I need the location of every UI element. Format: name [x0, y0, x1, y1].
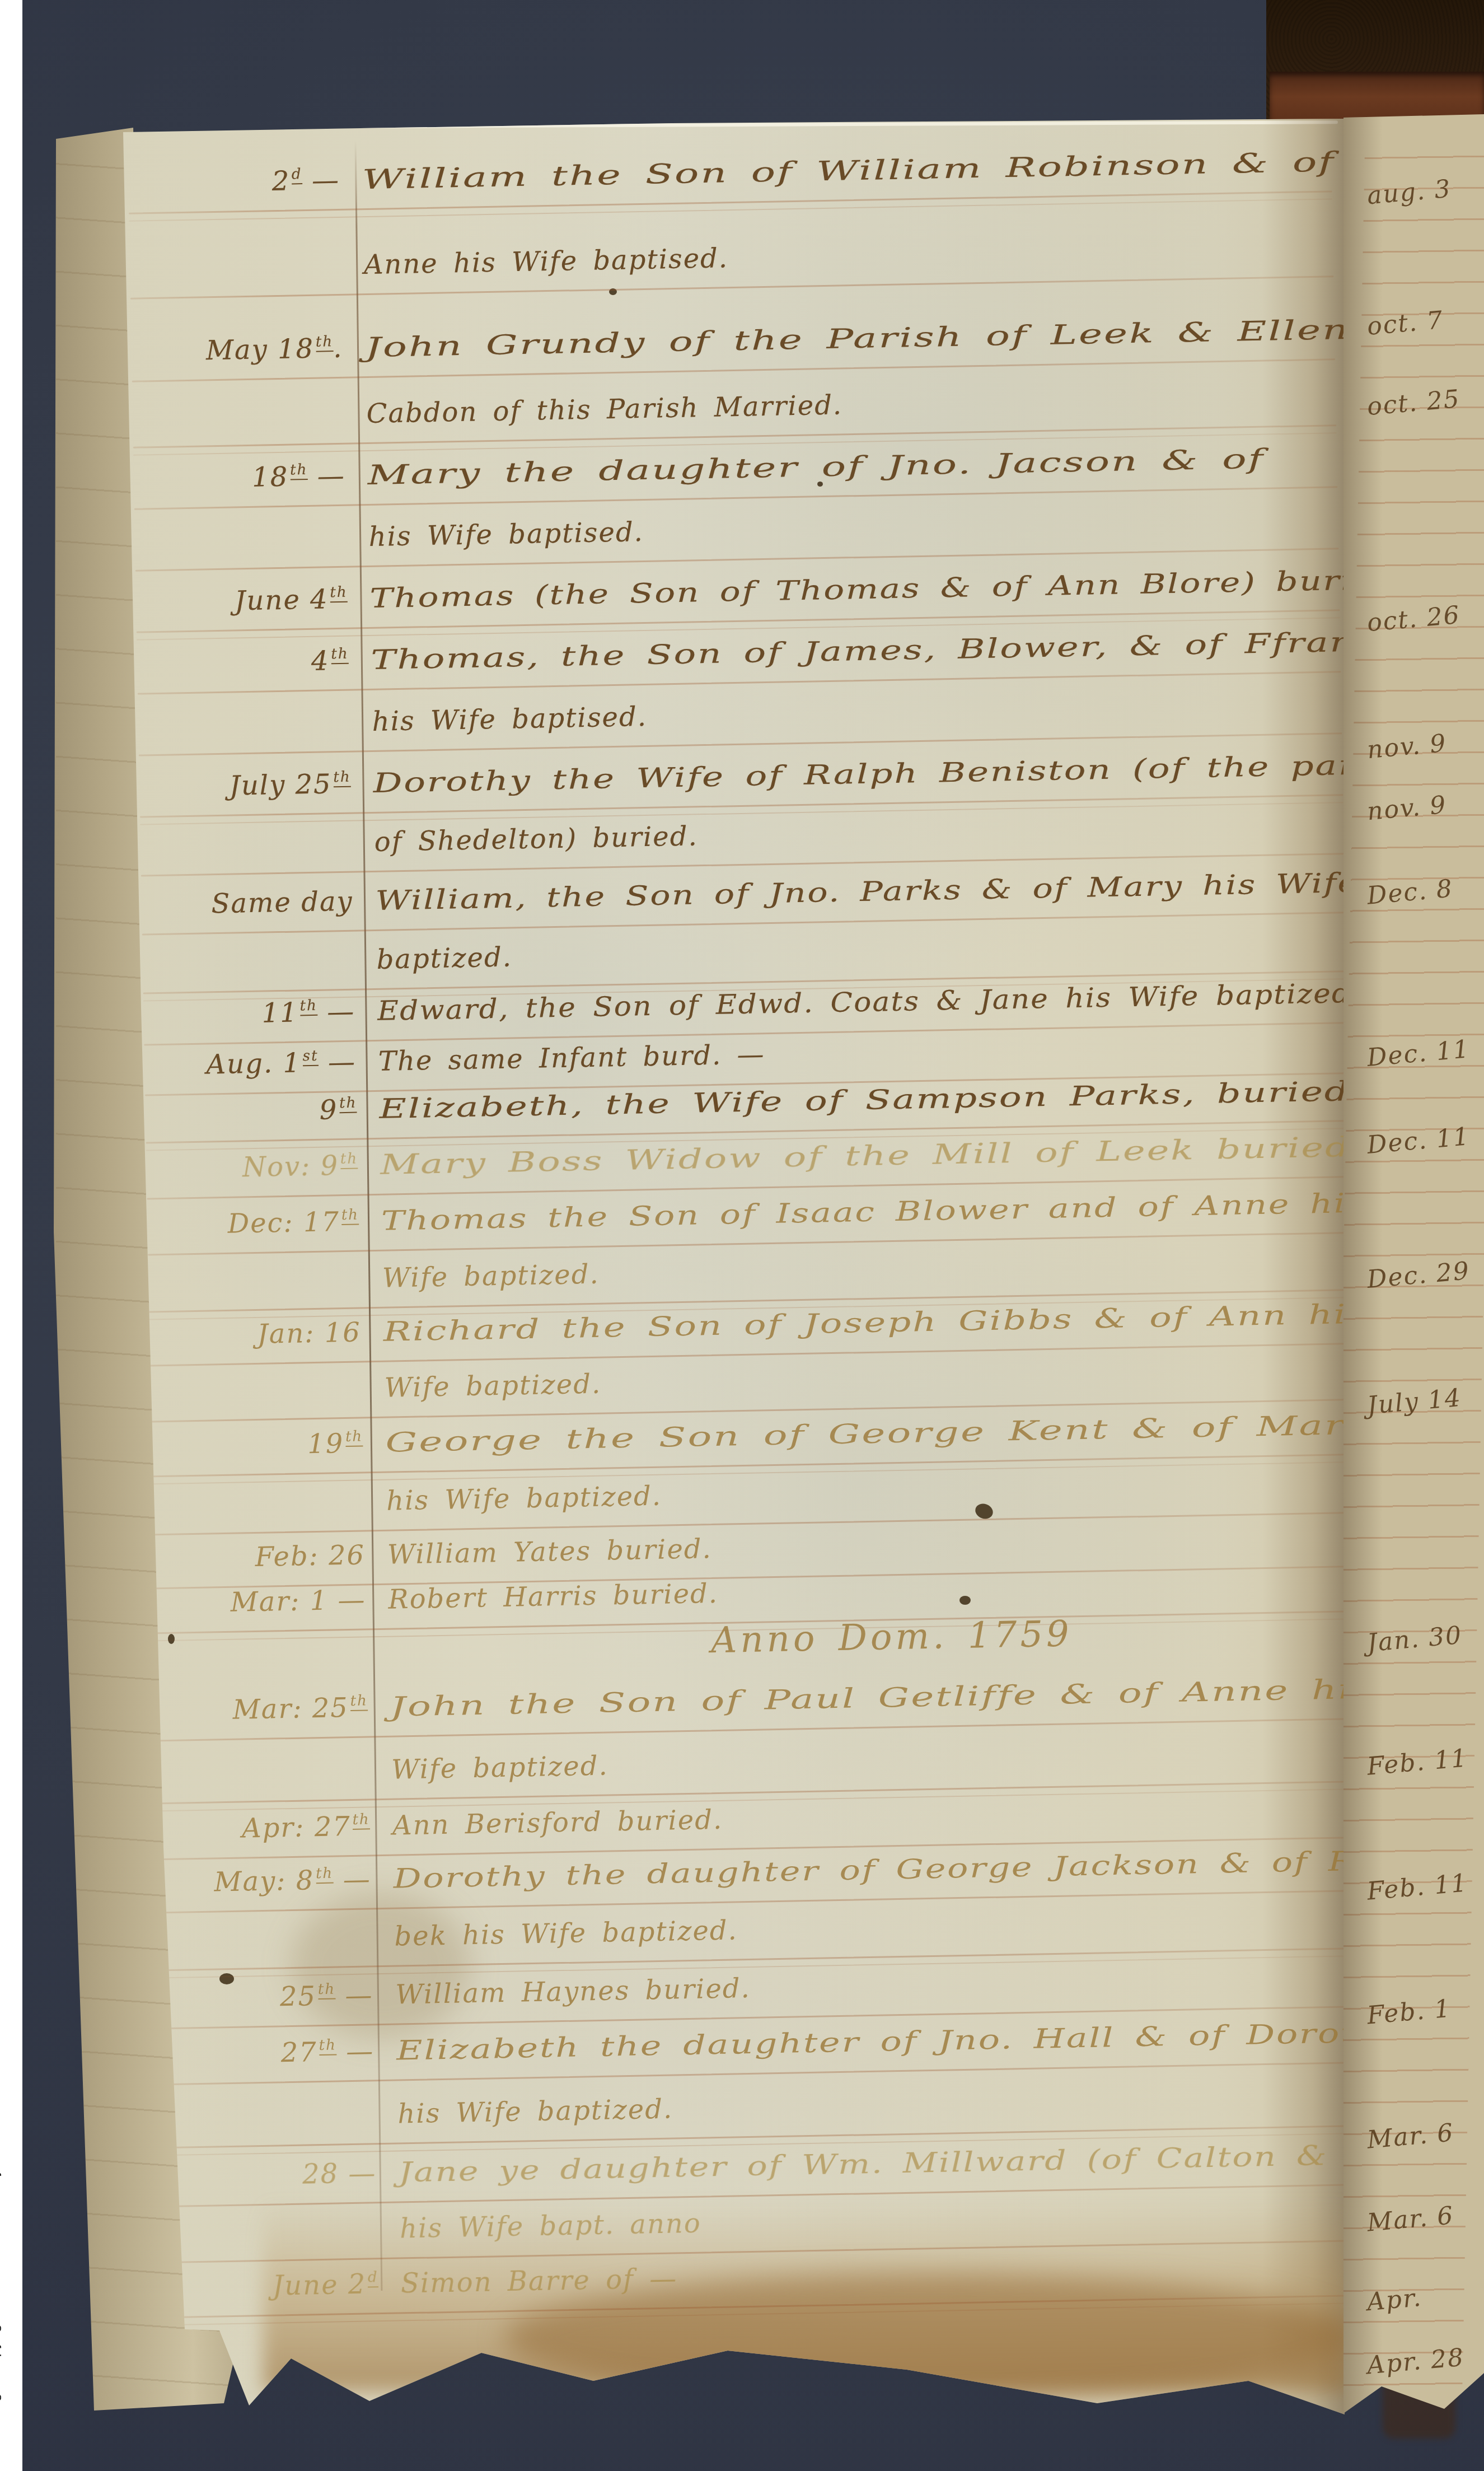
entry-date-suffix: d [292, 166, 302, 184]
entry-date-suffix: th [341, 1207, 359, 1226]
entry-text: Wife baptized. [384, 1370, 602, 1402]
entry-date: Mar: 25th [148, 1693, 368, 1726]
copyright-strip: © Images copyright Staffordshire County … [0, 0, 22, 2471]
entry-date: 18th — [125, 462, 345, 494]
entry-date: Mar: 1 — [146, 1586, 366, 1618]
facing-page-date: Apr. [1366, 2283, 1423, 2316]
entry-date-suffix: th [331, 646, 349, 665]
entry-text: baptized. [376, 943, 512, 974]
entry-text: Cabdon of this Parish Married. [366, 391, 842, 428]
entry-date: June 4th [128, 585, 348, 618]
entry-text: Wife baptized. [391, 1752, 609, 1784]
copyright-text: © Images copyright Staffordshire County … [0, 2110, 2, 2442]
entry-text: Ann Berisford buried. [392, 1806, 723, 1840]
entry-text: his Wife baptised. [372, 703, 647, 736]
entry-text: his Wife baptised. [368, 518, 644, 551]
entry-date-suffix: th [290, 461, 308, 480]
entry-date: Apr: 27th [151, 1812, 371, 1844]
entry-date: 25th — [153, 1981, 373, 2014]
entry-text: Anne his Wife baptised. [363, 244, 728, 279]
entry-date: May 18th. [123, 334, 343, 367]
entry-date-suffix: th [330, 584, 348, 603]
entry-text: William Haynes buried. [395, 1974, 751, 2009]
entry-date-suffix: th [318, 1981, 336, 2000]
entry-text: bek his Wife baptized. [394, 1916, 738, 1951]
entry-date-suffix: th [333, 769, 351, 788]
entry-date: 9th [137, 1096, 357, 1128]
entry-date-suffix: th [352, 1811, 370, 1830]
entry-text: Simon Barre of — [400, 2264, 677, 2297]
entry-date: Same day [133, 887, 353, 920]
entry-date: May: 8th — [151, 1865, 371, 1898]
entry-text: Robert Harris buried. [388, 1580, 718, 1614]
entry-row: Anne his Wife baptised. [121, 233, 1349, 323]
entry-text: William Yates buried. [387, 1535, 713, 1569]
entry-date-suffix: th [319, 2037, 336, 2056]
entry-text: his Wife baptized. [397, 2095, 673, 2128]
entry-date-suffix: th [340, 1151, 358, 1170]
entry-date-suffix: th [350, 1692, 368, 1711]
entry-date-suffix: th [316, 1865, 334, 1884]
entry-date: Nov: 9th [138, 1152, 358, 1184]
entry-date: 11th — [135, 998, 355, 1030]
entry-text: his Wife bapt. anno [400, 2210, 701, 2243]
entry-date: Aug. 1st — [137, 1048, 357, 1081]
entry-date-suffix: d [368, 2269, 378, 2287]
entry-text: William the Son of William Robinson & of [362, 148, 1336, 194]
entry-date-suffix: th [299, 997, 317, 1016]
entry-date-suffix: th [316, 333, 334, 352]
entry-date: 27th — [155, 2037, 374, 2070]
entries-layer: 2d —William the Son of William Robinson … [117, 0, 1388, 2471]
entry-date: 4th [129, 647, 349, 679]
entry-date: Dec: 17th [139, 1208, 359, 1240]
archive-scan-photo: 2d —William the Son of William Robinson … [0, 0, 1484, 2471]
entry-date: 2d — [120, 166, 340, 199]
entry-text: of Shedelton) buried. [374, 822, 698, 856]
entry-date: Jan: 16 [141, 1319, 361, 1351]
entry-date: June 2d [159, 2270, 379, 2302]
entry-text: John Grundy of the Parish of Leek & Elle… [365, 316, 1350, 362]
entry-date: July 25th [131, 770, 351, 802]
entry-date: Feb: 26 [146, 1541, 366, 1573]
entry-date-suffix: th [339, 1095, 357, 1114]
entry-text: his Wife baptized. [386, 1482, 662, 1515]
register-page: 2d —William the Son of William Robinson … [0, 0, 1484, 2471]
entry-date-suffix: th [345, 1428, 363, 1447]
entry-text: The same Infant burd. — [378, 1040, 765, 1076]
entry-date-suffix: st [302, 1048, 318, 1067]
entry-date: 28 — [157, 2159, 377, 2192]
entry-date: 19th [143, 1429, 363, 1461]
entry-text: Wife baptized. [382, 1260, 600, 1292]
entry-row: 2d —William the Son of William Robinson … [120, 148, 1347, 237]
